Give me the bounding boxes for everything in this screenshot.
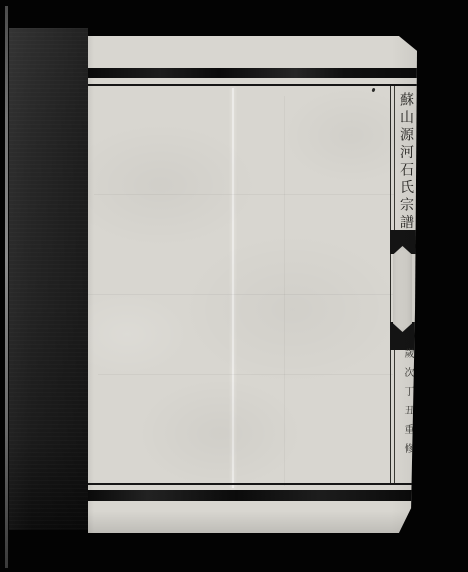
book-cover-edge-line [5,6,8,568]
scanned-genealogy-photo: 蘇山源河石氏宗譜 歲次丁丑重修 [0,0,468,572]
vertical-crease-faint [284,96,285,486]
vertical-edition-text: 歲次丁丑重修 [397,348,415,473]
horizontal-crease [88,294,393,295]
top-thin-rule [88,84,417,86]
bottom-thick-rule [88,490,417,501]
top-thick-rule [88,68,417,78]
genealogy-page: 蘇山源河石氏宗譜 歲次丁丑重修 [88,36,417,533]
column-border-line-outer [390,86,391,483]
spine-label-strip [393,246,412,332]
bottom-thin-rule [88,483,417,485]
closed-pages-stack-edge [9,28,88,530]
vertical-crease [232,88,234,488]
horizontal-crease [98,374,393,375]
ink-speck [371,88,375,93]
paper-texture-overlay [88,36,417,533]
horizontal-crease [94,194,394,195]
